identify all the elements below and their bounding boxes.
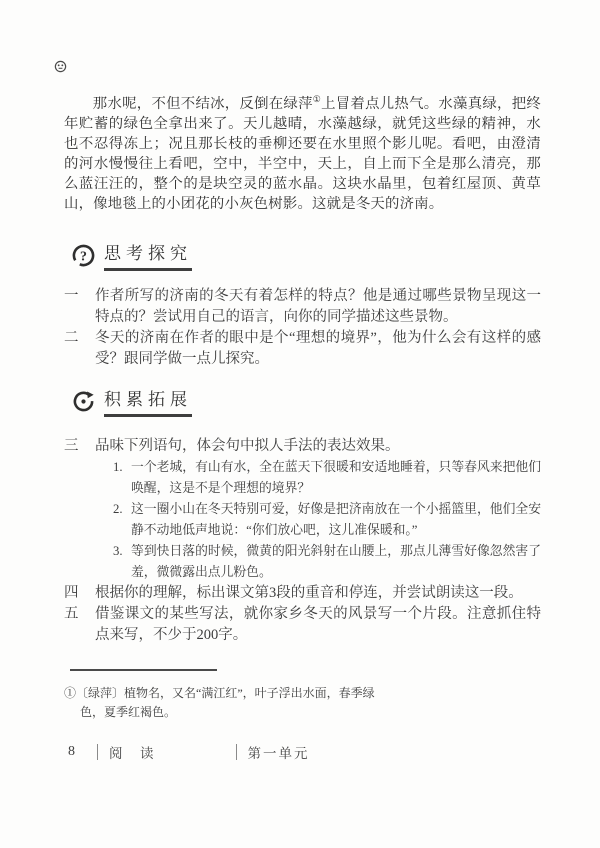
footer-unit-label: 第一单元 [248,742,310,762]
question-number: 五 [64,604,95,625]
footer-section-label: 阅 读 [109,742,156,762]
page-footer: 8 阅 读 第一单元 [68,742,310,762]
footnote-reference-mark: ① [313,94,321,104]
footer-divider [236,744,237,760]
sub-item-1: 1. 一个老城，有山有水，全在蓝天下很暖和安适地睡着，只等春风来把他们唤醒，这是… [113,457,541,499]
footnote-separator-rule [70,669,217,671]
page-number: 8 [68,744,75,760]
section-title-accumulate-expand: 积累拓展 [104,390,192,417]
sub-item-3: 3. 等到快日落的时候，微黄的阳光斜射在山腰上，那点儿薄雪好像忽然害了羞，微微露… [113,541,541,583]
sub-item-2: 2. 这一圈小山在冬天特别可爱，好像是把济南放在一个小摇篮里，他们全安静不动地低… [113,499,541,541]
question-text: 根据你的理解，标出课文第3段的重音和停连，并尝试朗读这一段。 [95,583,523,604]
svg-text:?: ? [80,249,87,264]
think-explore-question-list: 一 作者所写的济南的冬天有着怎样的特点？他是通过哪些景物呈现这一特点的？尝试用自… [64,286,541,370]
sub-item-text: 一个老城，有山有水，全在蓝天下很暖和安适地睡着，只等春风来把他们唤醒，这是不是个… [131,457,541,499]
sub-item-number: 3. [113,541,131,562]
passage-text-continued: 上冒着点儿热气。水藻真绿，把终年贮蓄的绿色全拿出来了。天儿越晴，水藻越绿，就凭这… [64,96,541,212]
sub-item-number: 1. [113,457,131,478]
section-title-think-explore: 思考探究 [104,244,192,271]
question-item-1: 一 作者所写的济南的冬天有着怎样的特点？他是通过哪些景物呈现这一特点的？尝试用自… [64,286,541,328]
question-text: 借鉴课文的某些写法，就你家乡冬天的风景写一个片段。注意抓住特点来写，不少于200… [95,604,541,646]
question-text: 冬天的济南在作者的眼中是个“理想的境界”，他为什么会有这样的感受？跟同学做一点儿… [95,328,541,370]
question-text: 品味下列语句，体会句中拟人手法的表达效果。 [95,436,541,457]
footnote-ref-mark: ① [64,686,76,700]
section-header-accumulate-expand: 积累拓展 [72,390,192,417]
sub-item-number: 2. [113,499,131,520]
footnote-text: 〔绿萍〕植物名，又名“满江红”，叶子浮出水面，春季绿色，夏季红褐色。 [76,686,375,719]
question-circle-icon: ? [72,244,95,267]
question-item-4: 四 根据你的理解，标出课文第3段的重音和停连，并尝试朗读这一段。 [64,583,541,604]
section-header-think-explore: ? 思考探究 [72,244,192,271]
passage-paragraph: 那水呢，不但不结冰，反倒在绿萍①上冒着点儿热气。水藻真绿，把终年贮蓄的绿色全拿出… [64,94,541,214]
question-number: 四 [64,583,95,604]
sub-item-text: 等到快日落的时候，微黄的阳光斜射在山腰上，那点儿薄雪好像忽然害了羞，微微露出点儿… [131,541,541,583]
question-item-2: 二 冬天的济南在作者的眼中是个“理想的境界”，他为什么会有这样的感受？跟同学做一… [64,328,541,370]
footer-divider [97,744,98,760]
footnote: ①〔绿萍〕植物名，又名“满江红”，叶子浮出水面，春季绿色，夏季红褐色。 [64,684,380,722]
passage-text: 那水呢，不但不结冰，反倒在绿萍 [93,96,313,112]
neutral-face-icon [54,60,67,73]
question-number: 一 [64,286,95,307]
question-body: 品味下列语句，体会句中拟人手法的表达效果。 1. 一个老城，有山有水，全在蓝天下… [95,436,541,583]
question-number: 三 [64,436,95,457]
question-number: 二 [64,328,95,349]
question-item-5: 五 借鉴课文的某些写法，就你家乡冬天的风景写一个片段。注意抓住特点来写，不少于2… [64,604,541,646]
textbook-page: 那水呢，不但不结冰，反倒在绿萍①上冒着点儿热气。水藻真绿，把终年贮蓄的绿色全拿出… [0,0,600,848]
accumulate-expand-question-list: 三 品味下列语句，体会句中拟人手法的表达效果。 1. 一个老城，有山有水，全在蓝… [64,436,541,646]
sub-item-text: 这一圈小山在冬天特别可爱，好像是把济南放在一个小摇篮里，他们全安静不动地低声地说… [131,499,541,541]
question-text: 作者所写的济南的冬天有着怎样的特点？他是通过哪些景物呈现这一特点的？尝试用自己的… [95,286,541,328]
question-item-3: 三 品味下列语句，体会句中拟人手法的表达效果。 1. 一个老城，有山有水，全在蓝… [64,436,541,583]
cycle-arrow-icon [72,390,95,413]
